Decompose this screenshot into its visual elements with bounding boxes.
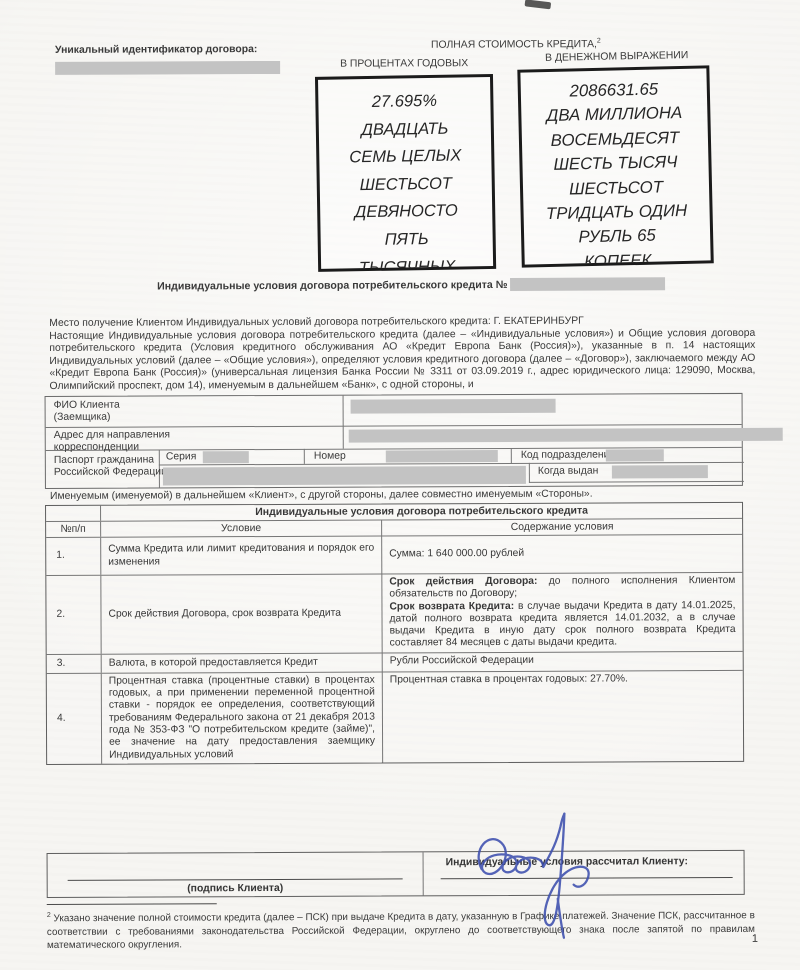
client-info-table: ФИО Клиента (Заемщика) Адрес для направл… [45, 393, 743, 489]
row-content: Процентная ставка в процентах годовых: 2… [383, 671, 743, 763]
seria-label: Серия [166, 451, 197, 464]
box-value-word-line: ПЯТЬ [320, 225, 492, 255]
conditions-table-row: 1.Сумма Кредита или лимит кредитования и… [46, 535, 742, 576]
content-segment: Рубли Российской Федерации [390, 655, 534, 667]
box-value-word-line: СЕМЬ ЦЕЛЫХ [319, 142, 491, 172]
row-condition: Валюта, в которой предоставляется Кредит [102, 653, 383, 672]
psk-footnote-ref: 2 [597, 38, 601, 45]
contract-number-redaction [511, 277, 666, 291]
content-segment: Процентная ставка в процентах годовых: 2… [390, 673, 628, 685]
seria-redaction [203, 451, 249, 463]
psk-percent-label: В ПРОЦЕНТАХ ГОДОВЫХ [340, 58, 468, 71]
nomer-label: Номер [314, 451, 346, 464]
box-value-word-line: ТЫСЯЧНЫХ [321, 253, 493, 272]
parties-line: Именуемым (именуемой) в дальнейшем «Клие… [50, 489, 593, 504]
row-content: Сумма: 1 640 000.00 рублей [382, 535, 742, 574]
nomer-redaction [386, 450, 498, 462]
client-signature-label: (подпись Клиента) [48, 882, 423, 895]
row-number: 4. [47, 674, 102, 764]
footnote-separator [47, 903, 217, 905]
content-bold-segment: Срок возврата Кредита: [389, 601, 514, 613]
intro-paragraph: Настоящие Индивидуальные условия договор… [49, 327, 755, 393]
unique-id-label: Уникальный идентификатор договора: [55, 44, 257, 57]
box-value-word-line: КОПЕЕК [524, 247, 711, 267]
address-redaction [349, 428, 783, 443]
conditions-caption: Индивидуальные условия договора потребит… [101, 503, 742, 521]
conditions-table-row: 2.Срок действия Договора, срок возврата … [46, 573, 742, 655]
col-header-content: Содержание условия [382, 519, 742, 536]
row-content: Срок действия Договора: до полного испол… [382, 573, 742, 652]
fio-redaction [351, 399, 556, 414]
scan-smudge-artifact [525, 0, 552, 9]
scanned-credit-agreement-page: Уникальный идентификатор договора: ПОЛНА… [0, 0, 800, 970]
psk-percent-value-box: 27.695%ДВАДЦАТЬСЕМЬ ЦЕЛЫХШЕСТЬСОТДЕВЯНОС… [315, 74, 496, 272]
handwritten-signature [453, 810, 644, 951]
col-header-condition: Условие [101, 521, 382, 537]
conditions-table-row: 4.Процентная ставка (процентные ставки) … [47, 671, 743, 764]
box-value-word-line: ТРИДЦАТЬ ОДИН [523, 198, 710, 227]
conditions-rows: 1.Сумма Кредита или лимит кредитования и… [46, 535, 743, 764]
content-bold-segment: Срок действия Договора: [389, 576, 537, 588]
passport-data-redaction [163, 466, 526, 486]
unique-id-redaction [55, 61, 280, 75]
row-condition: Сумма Кредита или лимит кредитования и п… [101, 537, 382, 575]
client-signature-line [68, 878, 403, 880]
box-value-word-line: ШЕСТЬСОТ [320, 170, 492, 200]
box-value-word-line: ДЕВЯНОСТО [320, 197, 492, 227]
kod-label: Код подразделения [521, 449, 615, 462]
box-value-word-line: ДВА МИЛЛИОНА [521, 101, 708, 130]
col-header-num: №п/п [46, 522, 101, 537]
row-content: Рубли Российской Федерации [383, 652, 743, 672]
row-number: 2. [46, 576, 101, 654]
page-number: 1 [752, 933, 758, 946]
kogda-label: Когда выдан [538, 466, 599, 479]
kogda-vydan-cell: Когда выдан [529, 462, 744, 483]
kogda-redaction [612, 465, 708, 478]
row-number: 1. [46, 538, 101, 575]
row-number: 3. [47, 655, 102, 673]
document-title: Индивидуальные условия договора потребит… [157, 277, 666, 293]
conditions-table: Индивидуальные условия договора потребит… [45, 502, 744, 765]
box-value-word-line: ДВАДЦАТЬ [319, 115, 491, 145]
psk-money-label: В ДЕНЕЖНОМ ВЫРАЖЕНИИ [545, 50, 688, 65]
footnote: 2 Указано значение полной стоимости кред… [47, 906, 755, 952]
psk-title: ПОЛНАЯ СТОИМОСТЬ КРЕДИТА,2 [431, 36, 601, 53]
fio-label: ФИО Клиента (Заемщика) [54, 400, 120, 425]
kod-redaction [606, 449, 664, 461]
footnote-ref: 2 [47, 912, 51, 919]
row-condition: Срок действия Договора, срок возврата Кр… [101, 575, 382, 654]
content-segment: Сумма: 1 640 000.00 рублей [389, 548, 524, 560]
row-condition: Процентная ставка (процентные ставки) в … [102, 672, 383, 763]
intro-block: Место получение Клиентом Индивидуальных … [49, 315, 755, 394]
box-numeric-value: 27.695% [318, 87, 490, 117]
psk-money-value-box: 2086631.65ДВА МИЛЛИОНАВОСЕМЬДЕСЯТШЕСТЬ Т… [517, 65, 713, 267]
passport-label: Паспорт гражданина Российской Федерации [54, 454, 167, 479]
